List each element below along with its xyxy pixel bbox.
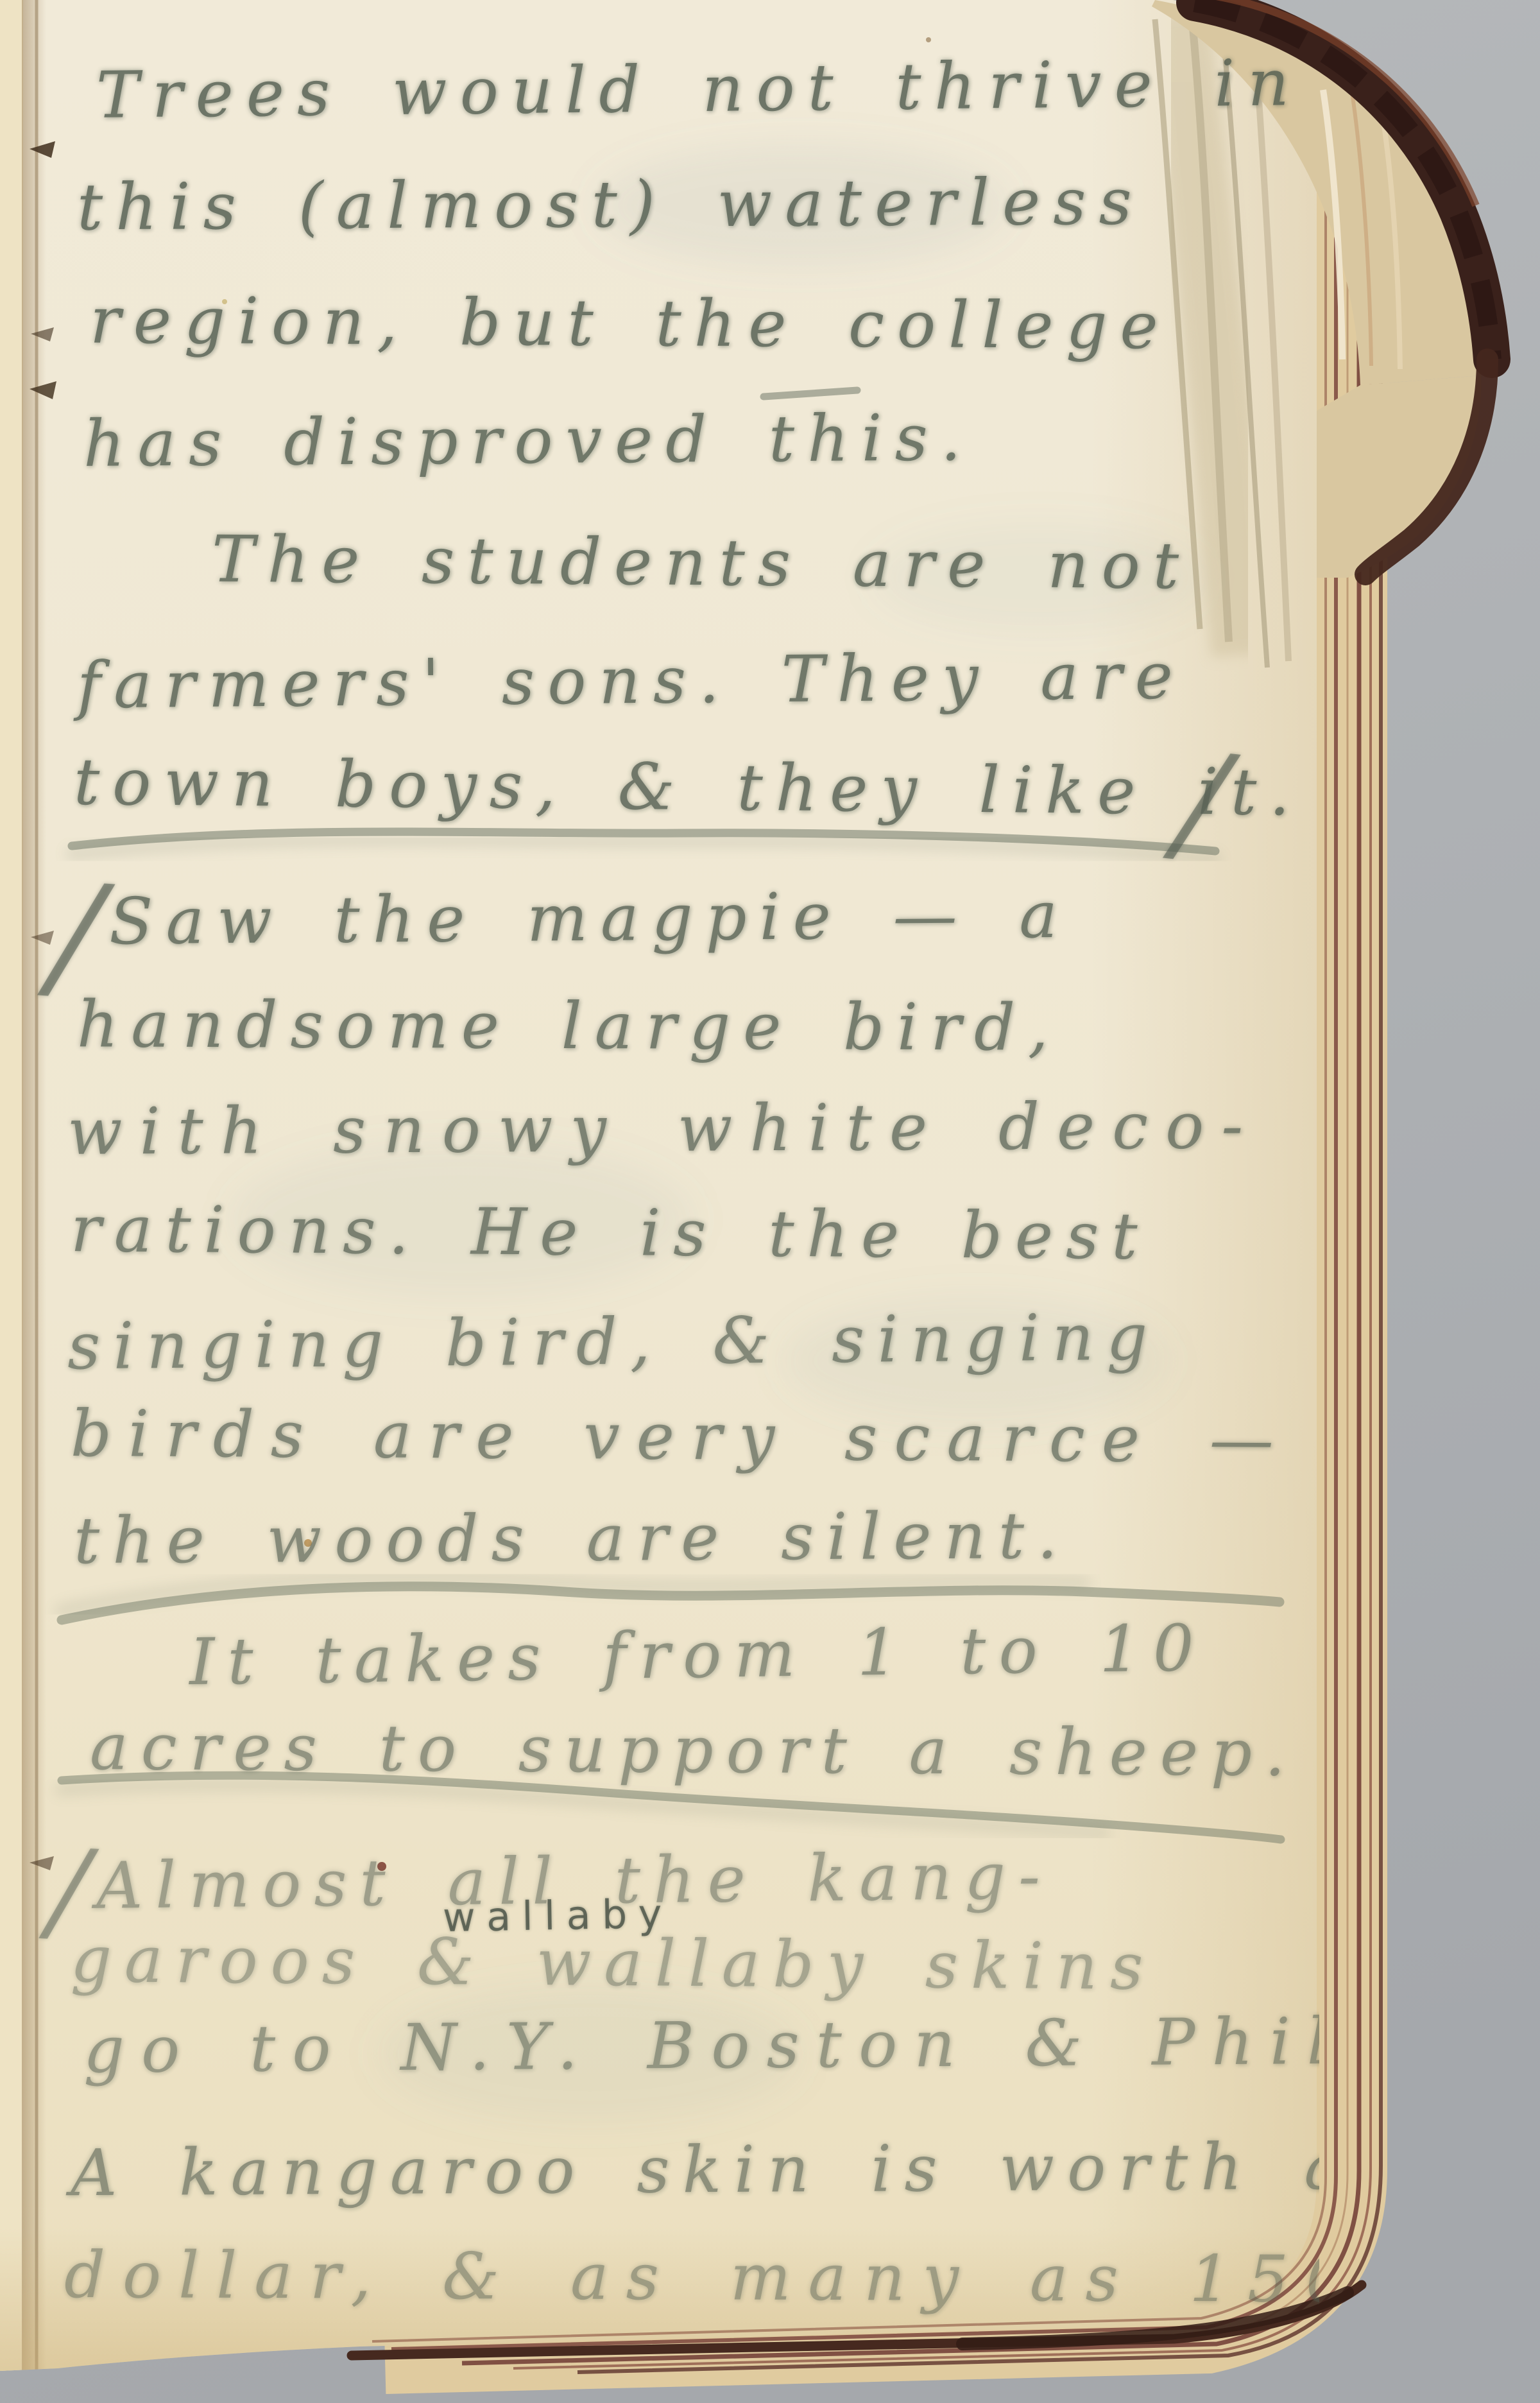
handwritten-line: handsome large bird, [77,986,1061,1065]
wallaby-annotation: wallaby [442,1890,673,1941]
use-mark-slash: / [47,1825,92,1958]
handwritten-line: go to N.Y. Boston & Phila. [83,2003,1319,2088]
handwritten-line: with snowy white deco- [67,1088,1261,1169]
scanned-notebook-scene: Trees would not thrive in this (almost) … [0,0,1540,2403]
handwritten-line: dollar, & as many as 150,000 [64,2237,1319,2318]
handwritten-line: The students are not [212,522,1192,604]
handwritten-line: acres to support a sheep. [90,1709,1299,1791]
handwritten-line: Trees would not thrive in [96,45,1302,133]
handwritten-line: Saw the magpie — a [109,877,1071,959]
handwritten-line: this (almost) waterless [77,164,1145,245]
handwritten-line: region, but the college [90,283,1171,364]
handwritten-line: singing bird, & singing [67,1300,1161,1384]
notebook-page: Trees would not thrive in this (almost) … [0,0,1319,2403]
use-mark-slash: / [1171,722,1233,883]
handwritten-line: town boys, & they like it. [74,745,1303,831]
handwritten-line: has disproved this. [83,400,974,481]
handwritten-line: It takes from 1 to 10 [189,1610,1207,1700]
handwritten-line: A kangaroo skin is worth a [71,2129,1319,2210]
handwritten-line: farmers' sons. They are [77,638,1186,723]
handwritten-line: the woods are silent. [74,1498,1071,1578]
handwritten-line: rations. He is the best [71,1191,1151,1274]
handwritten-line: birds are very scarce — [71,1396,1290,1477]
